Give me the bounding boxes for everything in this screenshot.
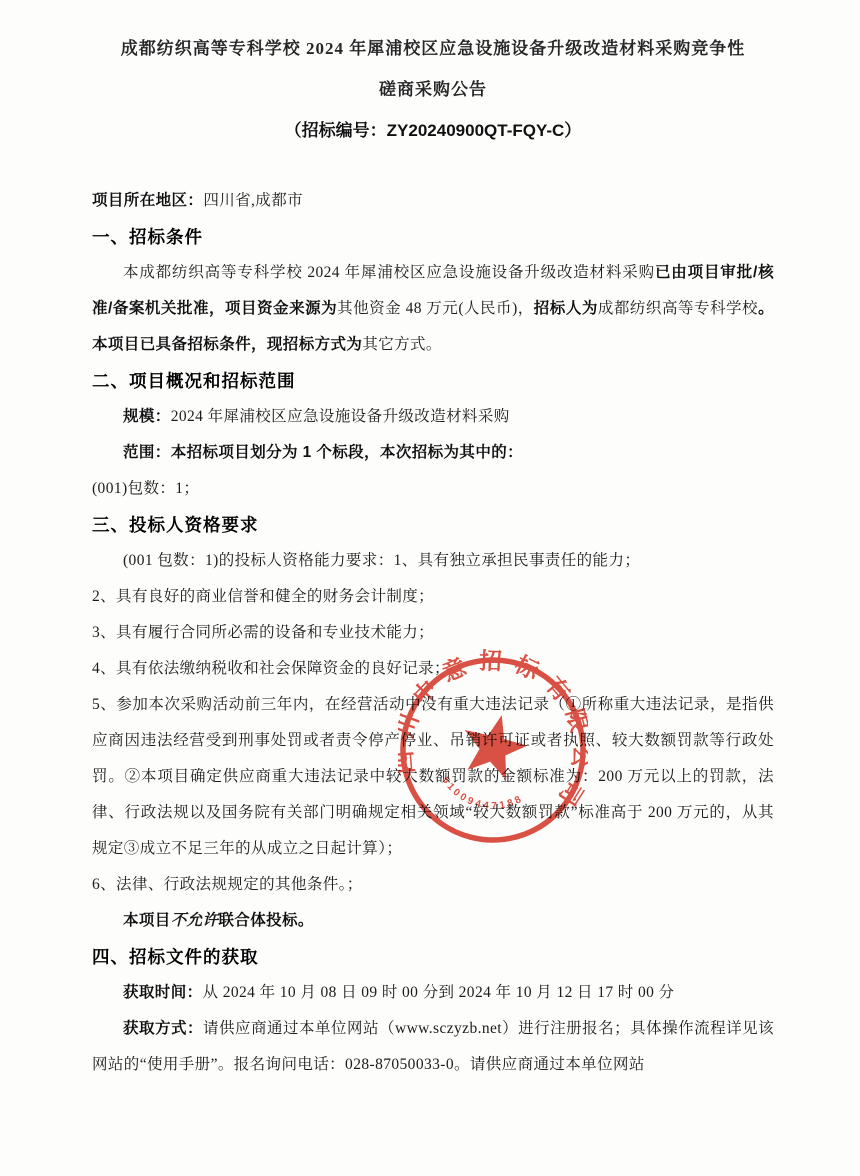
run-funding-source: 其他资金 48 万元(人民币)，: [337, 300, 534, 317]
acquisition-method-label: 获取方式：: [123, 1020, 203, 1037]
section-heading-document-acquisition: 四、招标文件的获取: [92, 939, 774, 975]
project-location-value: 四川省,成都市: [203, 192, 303, 209]
acquisition-time-label: 获取时间：: [123, 984, 203, 1001]
run-jv-suffix: 联合体投标。: [218, 912, 313, 929]
scale-value: 2024 年犀浦校区应急设施设备升级改造材料采购: [171, 408, 510, 425]
section-heading-bidding-conditions: 一、招标条件: [92, 219, 774, 255]
qualification-item-2: 2、具有良好的商业信誉和健全的财务会计制度；: [92, 579, 774, 615]
qualification-item-5: 5、参加本次采购活动前三年内，在经营活动中没有重大违法记录（①所称重大违法记录，…: [92, 687, 774, 867]
acquisition-time-line: 获取时间：从 2024 年 10 月 08 日 09 时 00 分到 2024 …: [92, 975, 774, 1011]
acquisition-method-line: 获取方式：请供应商通过本单位网站（www.sczyzb.net）进行注册报名；具…: [92, 1011, 774, 1083]
document-page: 成都纺织高等专科学校 2024 年犀浦校区应急设施设备升级改造材料采购竞争性 磋…: [0, 0, 860, 1176]
scope-line: 范围：本招标项目划分为 1 个标段，本次招标为其中的：: [92, 435, 774, 471]
run-tenderer-label: 招标人为: [534, 300, 598, 317]
qualification-item-6: 6、法律、行政法规规定的其他条件。；: [92, 867, 774, 903]
project-location-line: 项目所在地区：四川省,成都市: [92, 183, 774, 219]
document-title-line1: 成都纺织高等专科学校 2024 年犀浦校区应急设施设备升级改造材料采购竞争性: [92, 28, 774, 69]
document-title-line2: 磋商采购公告: [92, 69, 774, 110]
section-heading-project-overview: 二、项目概况和招标范围: [92, 363, 774, 399]
run-method-value: 其它方式。: [362, 336, 442, 353]
qualification-item-3: 3、具有履行合同所必需的设备和专业技术能力；: [92, 615, 774, 651]
qualification-item-1: (001 包数：1)的投标人资格能力要求：1、具有独立承担民事责任的能力；: [92, 543, 774, 579]
project-location-label: 项目所在地区：: [92, 192, 203, 209]
document-content: 成都纺织高等专科学校 2024 年犀浦校区应急设施设备升级改造材料采购竞争性 磋…: [92, 28, 774, 1083]
scale-line: 规模：2024 年犀浦校区应急设施设备升级改造材料采购: [92, 399, 774, 435]
run-project-name: 本成都纺织高等专科学校 2024 年犀浦校区应急设施设备升级改造材料采购: [123, 264, 655, 281]
run-tenderer-name: 成都纺织高等专科学校: [598, 300, 758, 317]
joint-venture-line: 本项目不允许联合体投标。: [92, 903, 774, 939]
scale-label: 规模：: [123, 408, 171, 425]
run-jv-prefix: 本项目: [123, 912, 171, 929]
section-heading-bidder-qualifications: 三、投标人资格要求: [92, 507, 774, 543]
paragraph-bidding-conditions: 本成都纺织高等专科学校 2024 年犀浦校区应急设施设备升级改造材料采购已由项目…: [92, 255, 774, 363]
tender-number: （招标编号：ZY20240900QT-FQY-C）: [92, 110, 774, 151]
qualification-item-4: 4、具有依法缴纳税收和社会保障资金的良好记录；: [92, 651, 774, 687]
run-jv-not-allowed: 不允许: [171, 912, 219, 929]
package-line: (001)包数：1；: [92, 471, 774, 507]
acquisition-time-value: 从 2024 年 10 月 08 日 09 时 00 分到 2024 年 10 …: [203, 984, 675, 1001]
